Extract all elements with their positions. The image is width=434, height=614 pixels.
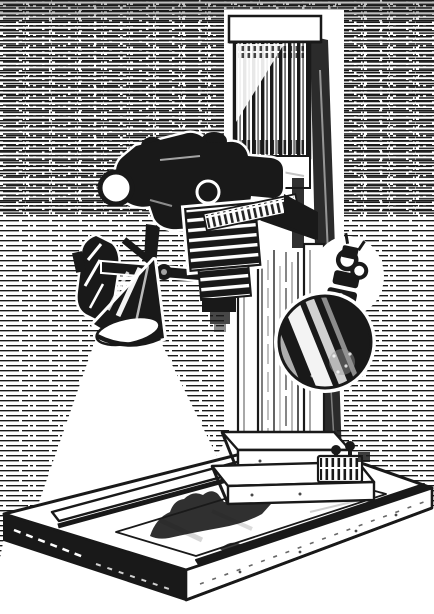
lens [100,172,132,204]
engraving-illustration [0,0,434,614]
column-cap [229,16,321,42]
enlarger-engraving [0,0,434,614]
